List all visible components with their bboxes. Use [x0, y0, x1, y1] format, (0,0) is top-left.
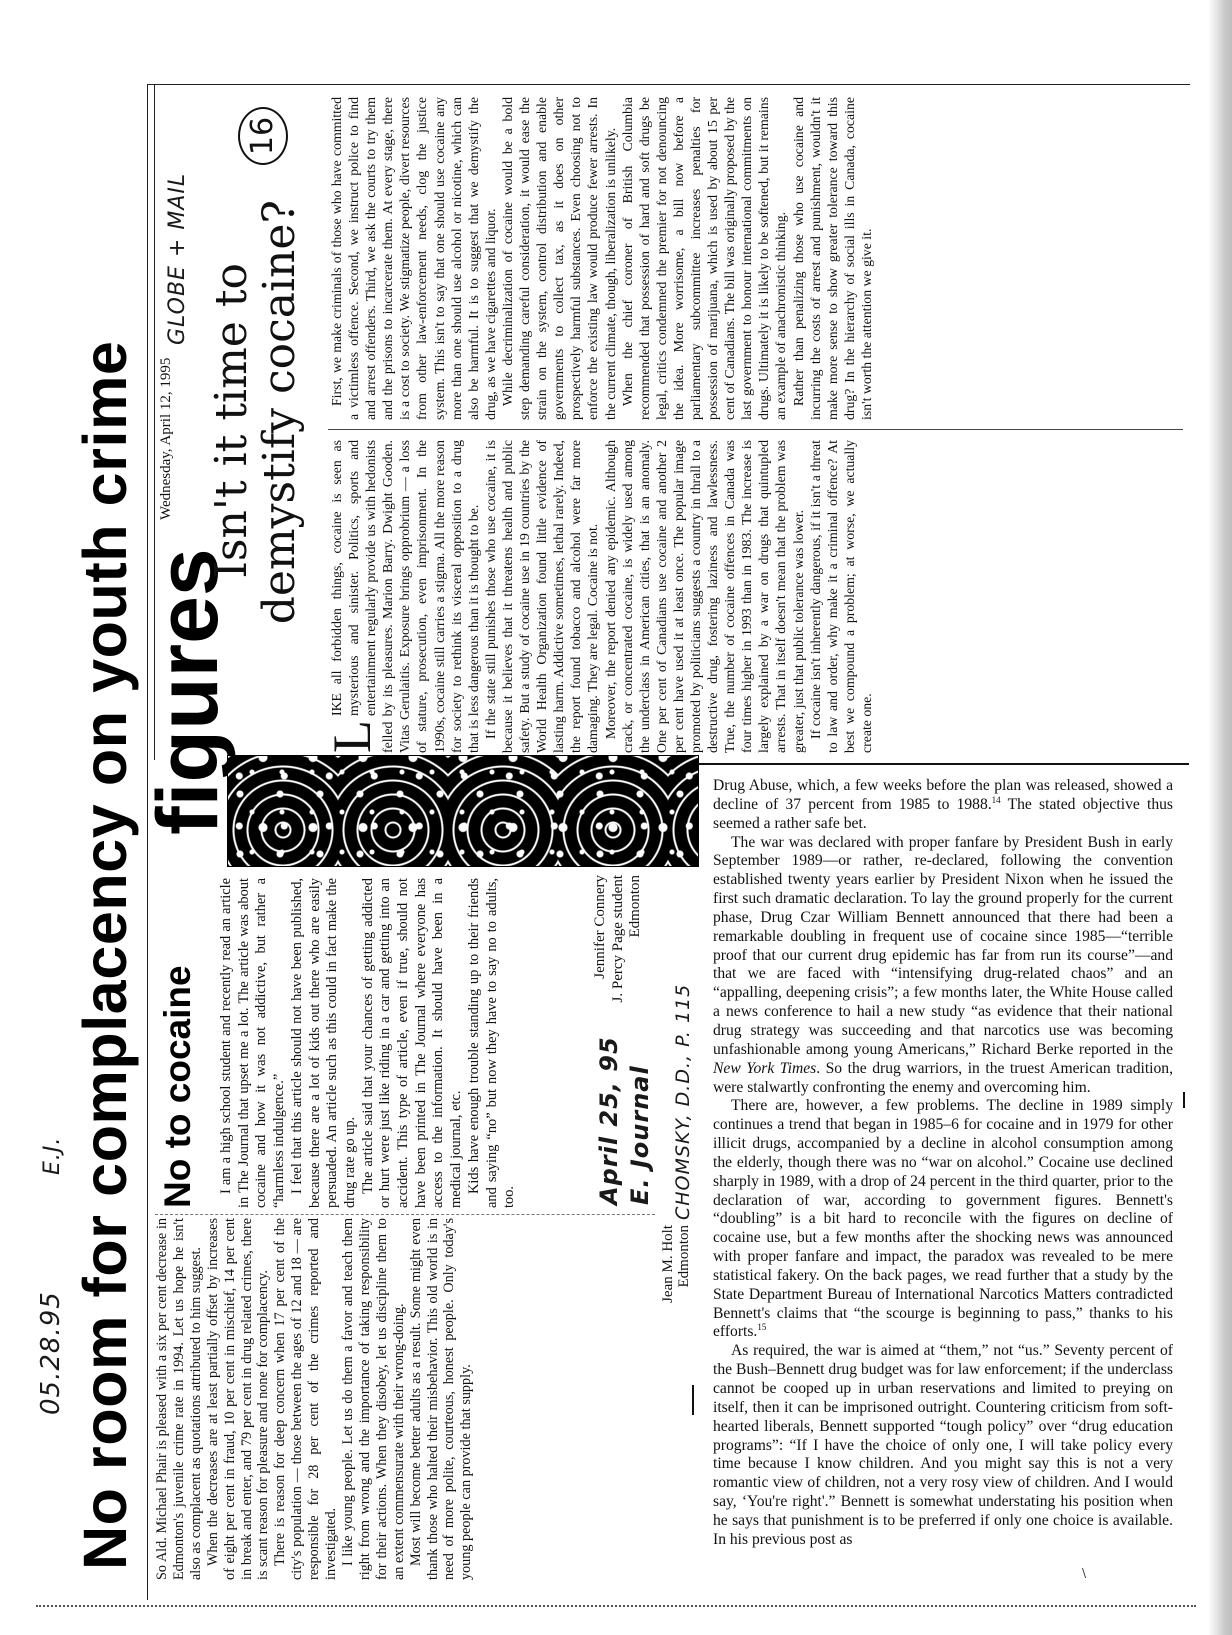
- book-text: The war was declared with proper fanfare…: [713, 834, 1173, 1058]
- letter-phair-paragraph: There is reason for deep concern when 17…: [272, 1218, 340, 1580]
- book-excerpt: Drug Abuse, which, a few weeks before th…: [713, 777, 1173, 1550]
- handwritten-source-journal: E. Journal: [626, 1065, 654, 1205]
- letter-phair: So Ald. Michael Phair is pleased with a …: [154, 1218, 475, 1580]
- headline-no-to-cocaine: No to cocaine: [158, 965, 198, 1208]
- handwritten-globe-mail: GLOBE + MAIL: [165, 173, 190, 345]
- circled-number: 16: [238, 107, 288, 165]
- signature-school: J. Percy Page student: [610, 875, 628, 1040]
- demystify-paragraph: If the state still punishes those who us…: [482, 440, 602, 753]
- margin-change-bar: [1183, 1092, 1185, 1108]
- signature-phair: Jean M. Holt Edmonton: [660, 1225, 692, 1370]
- book-text: There are, however, a few problems. The …: [713, 1097, 1173, 1340]
- signature-name: Jean M. Holt: [660, 1225, 676, 1370]
- demystify-paragraph: First, we make criminals of those who ha…: [328, 97, 499, 420]
- letter-phair-paragraph: When the decreases are at least partiall…: [205, 1218, 273, 1580]
- margin-change-bar: [692, 1385, 694, 1415]
- paisley-illustration: [227, 755, 699, 867]
- demystify-paragraph: Rather than penalizing those who use coc…: [790, 97, 875, 420]
- letter-phair-paragraph: I like young people. Let us do them a fa…: [340, 1218, 408, 1580]
- letter-cocaine-paragraph: The article said that your chances of ge…: [360, 878, 466, 1208]
- clipping-top-border: [147, 84, 1190, 85]
- drop-cap: L: [330, 720, 374, 753]
- publication-title: New York Times: [713, 1060, 816, 1077]
- letter-phair-paragraph: Most will become better adults as a resu…: [408, 1218, 476, 1580]
- signature-connery: Jennifer Connery J. Percy Page student E…: [592, 875, 645, 1040]
- headline-youth-crime: No room for complacency on youth crime: [72, 341, 138, 1570]
- signature-city: Edmonton: [627, 875, 645, 1040]
- stray-mark: \: [1082, 1566, 1086, 1580]
- headline-demystify-line2: demystify cocaine?: [256, 200, 304, 670]
- demystify-paragraph: If cocaine isn't inherently dangerous, i…: [807, 440, 875, 753]
- demystify-column-2: First, we make criminals of those who ha…: [328, 97, 875, 420]
- footnote-marker: 15: [757, 1322, 766, 1332]
- book-paragraph: Drug Abuse, which, a few weeks before th…: [713, 777, 1173, 834]
- letter-phair-paragraph: So Ald. Michael Phair is pleased with a …: [154, 1218, 205, 1580]
- handwritten-source-ej: E.J.: [40, 1137, 65, 1175]
- dateline: Wednesday, April 12, 1995: [158, 358, 175, 520]
- headline-underline-rule: [147, 85, 148, 1600]
- book-paragraph: As required, the war is aimed at “them,”…: [713, 1342, 1173, 1549]
- handwritten-date: 05.28.95: [36, 1291, 66, 1415]
- letter-cocaine-paragraph: I am a high school student and recently …: [218, 878, 289, 1208]
- book-paragraph: There are, however, a few problems. The …: [713, 1097, 1173, 1342]
- handwritten-date-april: April 25, 95: [595, 1036, 623, 1205]
- handwritten-citation: CHOMSKY, D.D., P. 115: [672, 984, 694, 1220]
- demystify-paragraph: Moreover, the report denied any epidemic…: [602, 440, 807, 753]
- letter-cocaine-paragraph: Kids have enough trouble standing up to …: [466, 878, 519, 1208]
- book-paragraph: The war was declared with proper fanfare…: [713, 834, 1173, 1098]
- demystify-column-1: L IKE all forbidden things, cocaine is s…: [328, 440, 875, 753]
- demystify-paragraph: When the chief coroner of British Columb…: [619, 97, 790, 420]
- column-divider: [155, 1214, 655, 1215]
- footnote-marker: 14: [992, 795, 1001, 805]
- demystify-paragraph: While decriminalization of cocaine would…: [499, 97, 619, 420]
- bottom-dotted-rule: [36, 1605, 1196, 1607]
- letter-cocaine-paragraph: I feel that this article should not have…: [289, 878, 360, 1208]
- letter-no-to-cocaine: I am a high school student and recently …: [218, 878, 519, 1208]
- demystify-paragraph: IKE all forbidden things, cocaine is see…: [328, 440, 482, 753]
- headline-demystify-line1: Isn't it time to: [208, 263, 256, 600]
- signature-city: Edmonton: [676, 1225, 692, 1370]
- book-top-rule: [697, 763, 1189, 765]
- scan-gutter-shadow: [1208, 0, 1232, 1635]
- column-divider: [328, 429, 1183, 430]
- signature-name: Jennifer Connery: [592, 875, 610, 1040]
